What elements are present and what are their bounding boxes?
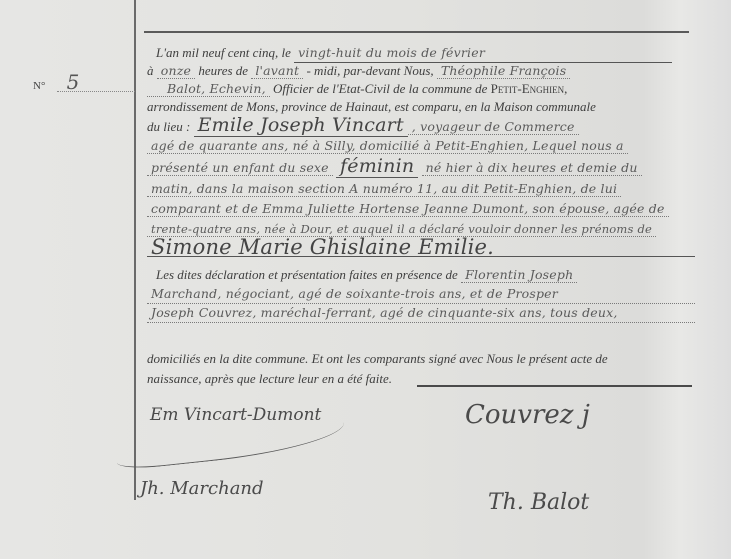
printed-text: L'an mil neuf cent cinq, le [156, 45, 291, 60]
handwritten-date: vingt-huit du mois de février [294, 44, 672, 63]
printed-text: heures de [198, 63, 248, 78]
record-number: N° 5 [33, 73, 135, 93]
act-line-13: Marchand, négociant, agé de soixante-tro… [147, 285, 695, 304]
handwritten-declarant-name: Emile Joseph Vincart [194, 114, 408, 137]
act-line-9: comparant et de Emma Juliette Hortense J… [147, 200, 669, 218]
top-rule [144, 31, 689, 33]
handwritten-text: comparant et de Emma Juliette Hortense J… [147, 201, 669, 217]
act-line-7: présenté un enfant du sexe féminin né hi… [147, 157, 642, 177]
signature-officer: Th. Balot [488, 490, 589, 515]
handwritten-text: né hier à dix heures et demie du [422, 160, 642, 176]
signature-marchand: Jh. Marchand [140, 478, 264, 499]
act-line-11: Simone Marie Ghislaine Emilie. [147, 238, 695, 259]
handwritten-text: matin, dans la maison section A numéro 1… [147, 181, 621, 197]
closing-rule [417, 385, 692, 387]
act-line-3: Balot, Echevin, Officier de l'Etat-Civil… [147, 80, 567, 98]
printed-text: naissance, après que lecture leur en a é… [147, 371, 392, 386]
act-line-12: Les dites déclaration et présentation fa… [156, 266, 577, 284]
handwritten-text: présenté un enfant du sexe [147, 160, 333, 176]
printed-text: Officier de l'Etat-Civil de la commune d… [273, 81, 487, 96]
handwritten-child-name: Simone Marie Ghislaine Emilie. [147, 238, 695, 257]
record-number-value: 5 [57, 73, 135, 92]
act-line-5: du lieu : Emile Joseph Vincart, voyageur… [147, 116, 579, 136]
act-line-16: naissance, après que lecture leur en a é… [147, 370, 392, 388]
handwritten-text: Marchand, négociant, agé de soixante-tro… [147, 285, 695, 304]
record-number-label: N° [33, 80, 45, 92]
handwritten-witness-name: Florentin Joseph [461, 267, 577, 283]
handwritten-officer-title: Balot, Echevin, [147, 81, 270, 97]
handwritten-hour: onze [157, 63, 195, 79]
act-line-15: domiciliés en la dite commune. Et ont le… [147, 350, 608, 368]
printed-text: - midi, par-devant Nous, [306, 63, 433, 78]
act-line-8: matin, dans la maison section A numéro 1… [147, 180, 621, 198]
act-line-2: à onze heures de l'avant - midi, par-dev… [147, 62, 570, 80]
handwritten-text: agé de quarante ans, né à Silly, domicil… [147, 138, 628, 154]
act-line-1: L'an mil neuf cent cinq, le vingt-huit d… [156, 44, 672, 63]
handwritten-text: Joseph Couvrez, maréchal-ferrant, agé de… [147, 304, 695, 323]
signature-couvrez: Couvrez j [465, 400, 590, 430]
handwritten-period: l'avant [251, 63, 303, 79]
handwritten-occupation: , voyageur de Commerce [408, 119, 579, 135]
printed-text: à [147, 63, 154, 78]
handwritten-officer-name: Théophile François [437, 63, 570, 79]
act-line-6: agé de quarante ans, né à Silly, domicil… [147, 137, 628, 155]
printed-text: Les dites déclaration et présentation fa… [156, 267, 458, 282]
commune-name: Petit-Enghien, [491, 81, 568, 96]
printed-text: domiciliés en la dite commune. Et ont le… [147, 351, 608, 366]
act-line-14: Joseph Couvrez, maréchal-ferrant, agé de… [147, 304, 695, 323]
printed-text: du lieu : [147, 119, 190, 134]
printed-text: arrondissement de Mons, province de Hain… [147, 99, 596, 114]
handwritten-sex: féminin [336, 155, 418, 178]
document-page: N° 5 L'an mil neuf cent cinq, le vingt-h… [0, 0, 731, 559]
